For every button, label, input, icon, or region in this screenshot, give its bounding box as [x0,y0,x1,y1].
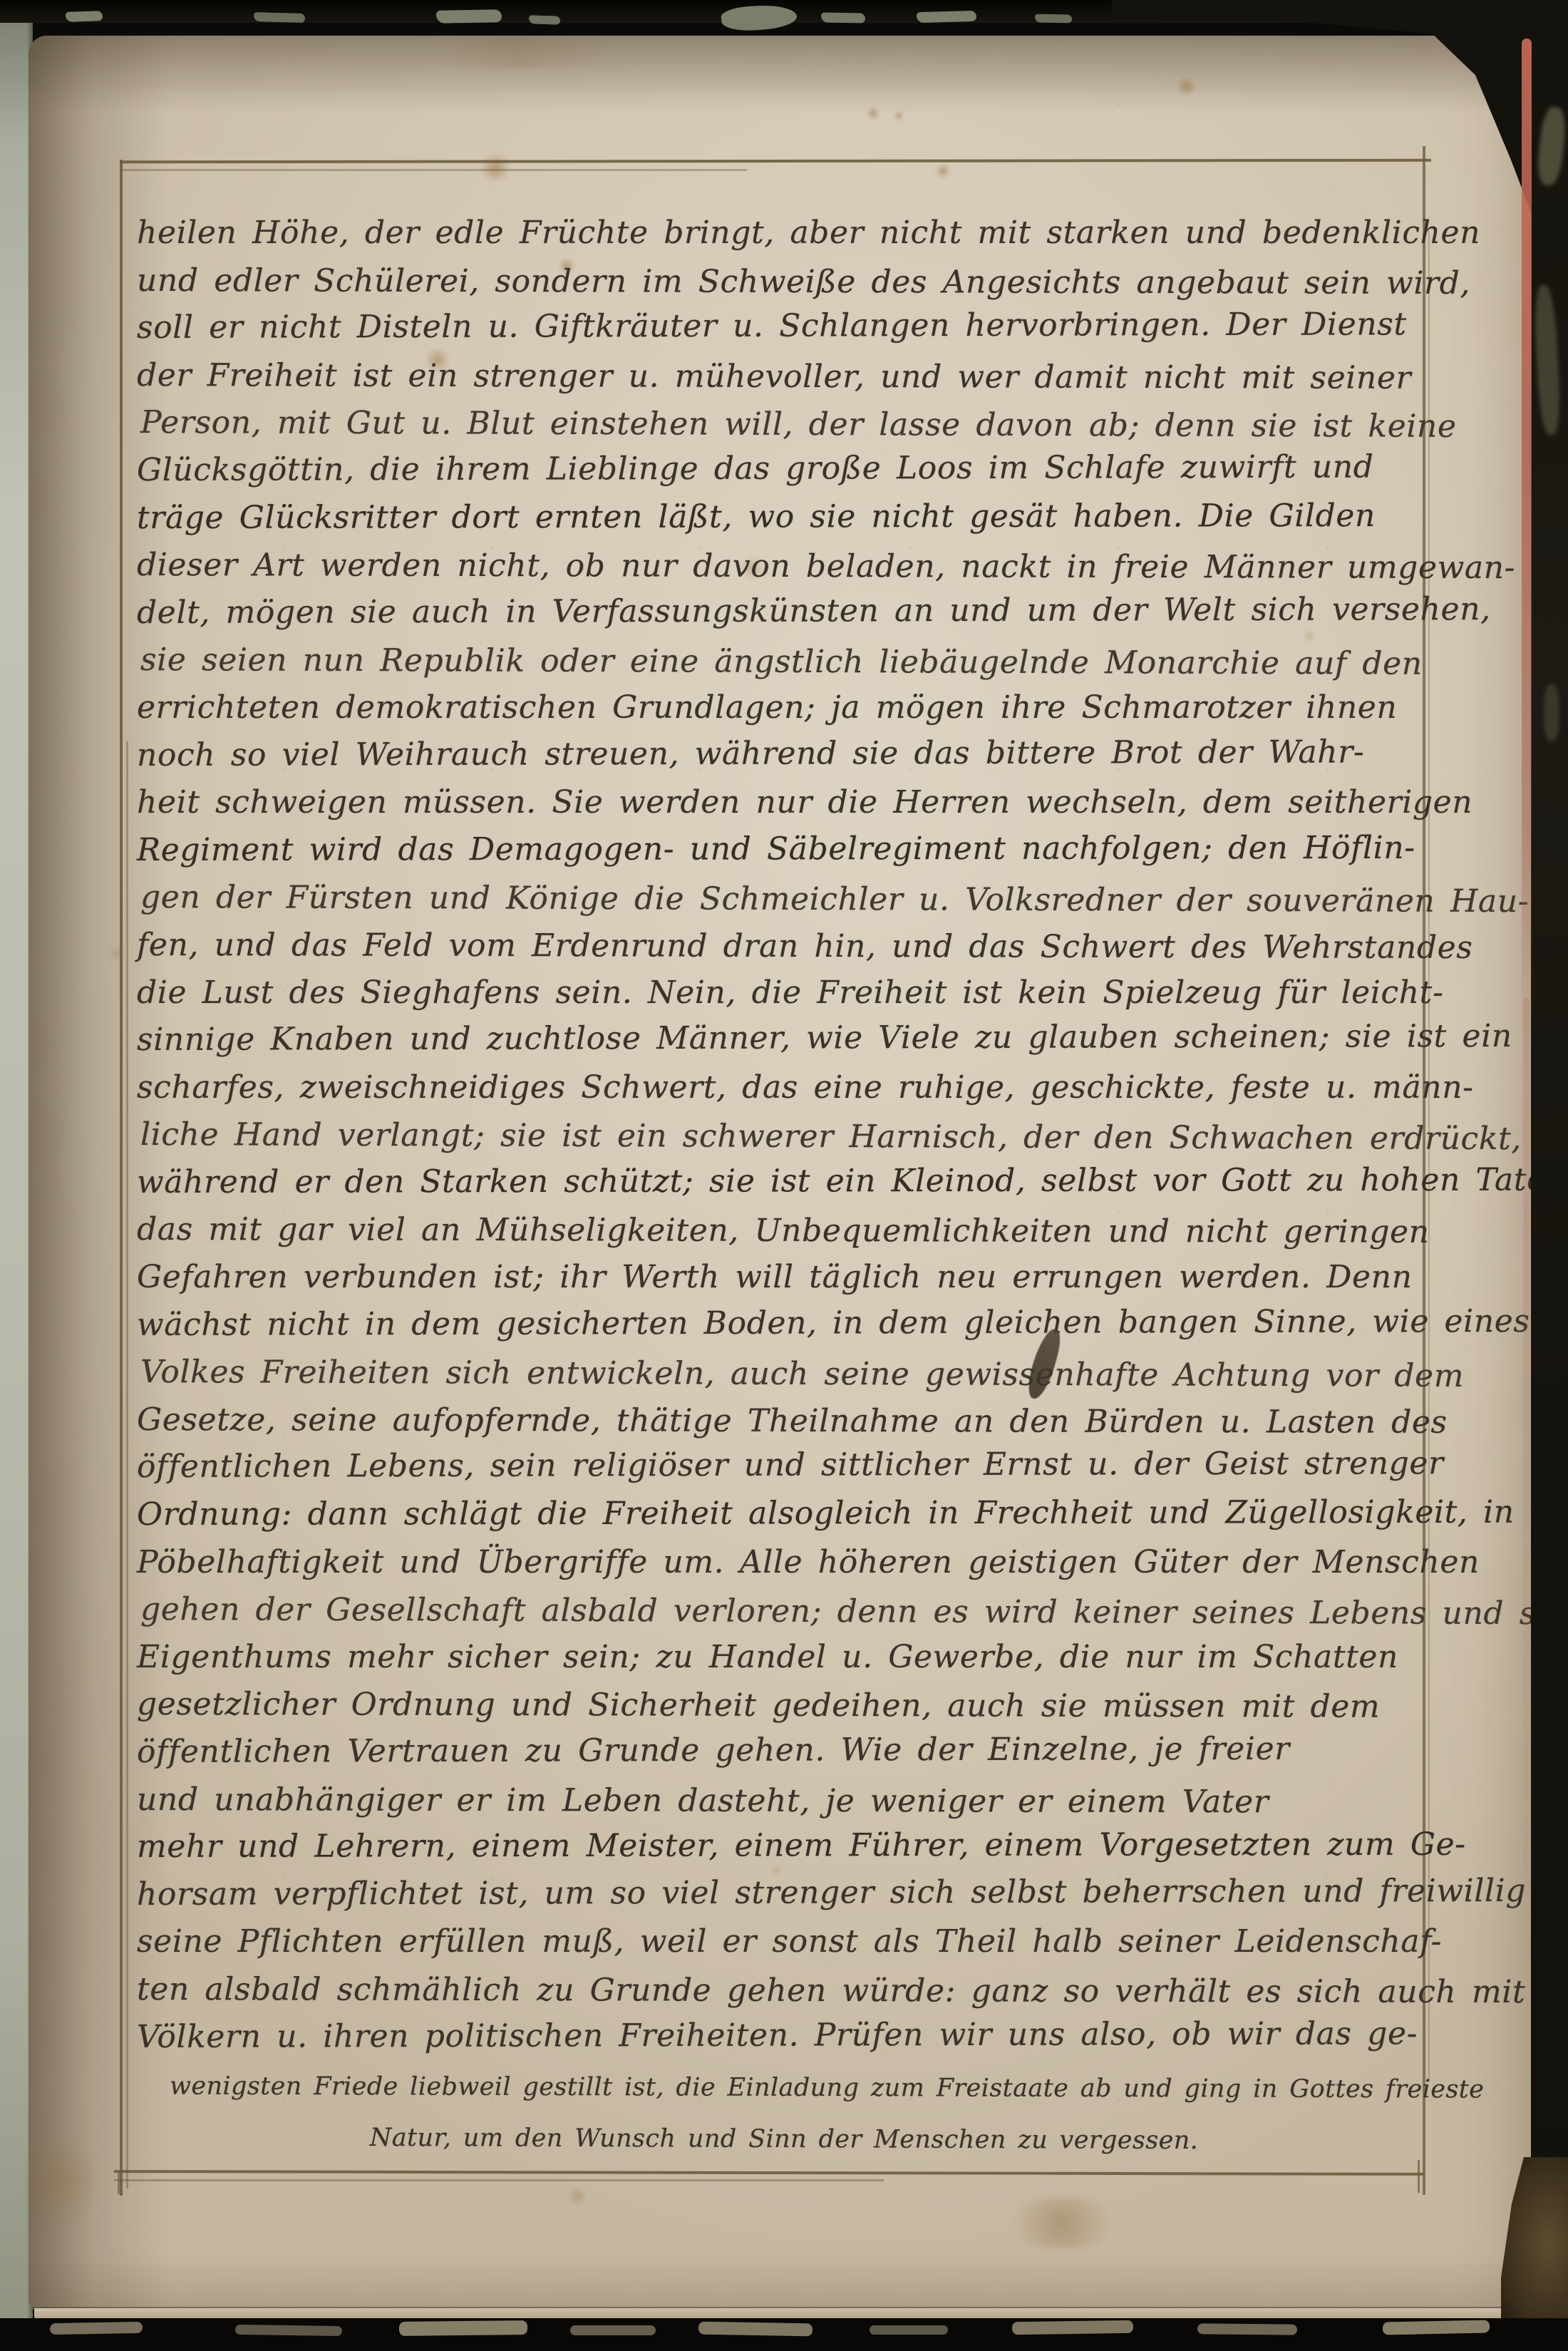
frame-corner-tick [1418,2160,1420,2193]
text-line: gehen der Gesellschaft alsbald verloren;… [140,1586,1435,1637]
frame-rule-left [120,160,123,2196]
closing-line-small: wenigsten Friede liebweil gestillt ist, … [170,2070,1484,2106]
text-line: mehr und Lehrern, einem Meister, einem F… [137,1821,1431,1871]
foxing-spot [108,945,125,961]
text-line: während er den Starken schützt; sie ist … [137,1157,1431,1207]
text-line: horsam verpflichtet ist, um so viel stre… [137,1868,1431,1918]
text-line: sinnige Knaben und zuchtlose Männer, wie… [137,1013,1431,1064]
text-line: gen der Fürsten und Könige die Schmeichl… [140,874,1435,925]
text-line: errichteten demokratischen Grundlagen; j… [137,684,1431,732]
text-line: dieser Art werden nicht, ob nur davon be… [137,542,1431,592]
water-stain [998,2198,1126,2248]
text-line: ten alsbald schmählich zu Grunde gehen w… [137,1966,1431,2016]
text-line: Ordnung: dann schlägt die Freiheit alsog… [137,1489,1431,1539]
frame-rule-top-double [120,169,747,171]
closing-line-centered: Natur, um den Wunsch und Sinn der Mensch… [137,2121,1431,2158]
frayed-cloth [1383,2320,1490,2335]
frayed-cloth [1012,2320,1133,2335]
frayed-cloth [235,2325,342,2336]
text-line: sie seien nun Republik oder eine ängstli… [140,637,1435,688]
text-line: Pöbelhaftigkeit und Übergriffe um. Alle … [137,1539,1431,1587]
text-line: noch so viel Weihrauch streuen, während … [137,729,1431,779]
text-line: träge Glücksritter dort ernten läßt, wo … [137,492,1431,542]
foxing-spot [866,107,880,120]
text-line: und edler Schülerei, sondern im Schweiße… [137,257,1431,307]
torn-paper-shred [436,9,502,24]
torn-paper-shred [254,12,305,23]
foxing-spot [567,2187,588,2206]
text-line: scharfes, zweischneidiges Schwert, das e… [137,1064,1431,1112]
text-line: heilen Höhe, der edle Früchte bringt, ab… [137,210,1431,257]
manuscript-text: heilen Höhe, der edle Früchte bringt, ab… [137,210,1431,2061]
text-line: der Freiheit ist ein strenger u. mühevol… [137,352,1431,402]
text-line: Eigenthums mehr sicher sein; zu Handel u… [137,1634,1431,1682]
text-line: die Lust des Sieghafens sein. Nein, die … [137,969,1431,1017]
torn-paper-shred [821,12,865,23]
torn-paper-shred [529,15,560,25]
foxing-spot [1176,77,1197,96]
text-line: gesetzlicher Ordnung und Sicherheit gede… [137,1681,1431,1731]
text-line: und unabhängiger er im Leben dasteht, je… [137,1776,1431,1826]
foxing-spot [894,111,904,120]
text-line: öffentlichen Lebens, sein religiöser und… [137,1441,1431,1491]
text-line: soll er nicht Disteln u. Giftkräuter u. … [137,301,1431,351]
page-top-shadow [29,36,1534,114]
scanned-book-page: heilen Höhe, der edle Früchte bringt, ab… [0,0,1568,2351]
text-line: heit schweigen müssen. Sie werden nur di… [137,779,1431,827]
text-line: Gesetze, seine aufopfernde, thätige Thei… [137,1396,1431,1446]
frayed-cloth [1197,2323,1297,2335]
frame-rule-left-double [126,741,128,2188]
red-fore-edge [1522,38,1532,1051]
foxing-spot [935,164,951,178]
cover-wear-patch [1544,684,1559,741]
tide-stain [399,37,641,68]
text-line: Regiment wird das Demagogen- und Säbelre… [137,825,1431,875]
red-fore-edge-faint [1523,998,1530,2067]
frayed-cloth [570,2325,656,2335]
text-line: wächst nicht in dem gesicherten Boden, i… [137,1298,1431,1349]
foxing-spot [479,153,512,182]
frayed-cloth [870,2325,948,2335]
text-line: Person, mit Gut u. Blut einstehen will, … [140,399,1435,451]
corner-stain [24,2124,96,2238]
text-line: öffentlichen Vertrauen zu Grunde gehen. … [137,1725,1431,1776]
text-line: Völkern u. ihren politischen Freiheiten.… [137,2010,1431,2061]
text-line: liche Hand verlangt; sie ist ein schwere… [140,1111,1435,1163]
text-line: seine Pflichten erfüllen muß, weil er so… [137,1918,1431,1966]
text-line: Glücksgöttin, die ihrem Lieblinge das gr… [137,443,1431,494]
text-line: delt, mögen sie auch in Verfassungskünst… [137,586,1431,637]
frame-rule-bottom-double [114,2179,884,2181]
text-line: Gefahren verbunden ist; ihr Werth will t… [137,1254,1431,1302]
frayed-cloth [698,2322,813,2337]
frame-corner-hook [118,2171,120,2194]
text-line: Volkes Freiheiten sich entwickeln, auch … [140,1349,1435,1400]
frayed-cloth [399,2320,527,2336]
torn-paper-shred [66,11,103,22]
frayed-cloth [50,2322,143,2335]
text-line: das mit gar viel an Mühseligkeiten, Unbe… [137,1206,1431,1256]
torn-paper-shred [917,11,976,23]
text-line: fen, und das Feld vom Erdenrund dran hin… [137,922,1431,972]
torn-paper-shred [1035,14,1072,24]
